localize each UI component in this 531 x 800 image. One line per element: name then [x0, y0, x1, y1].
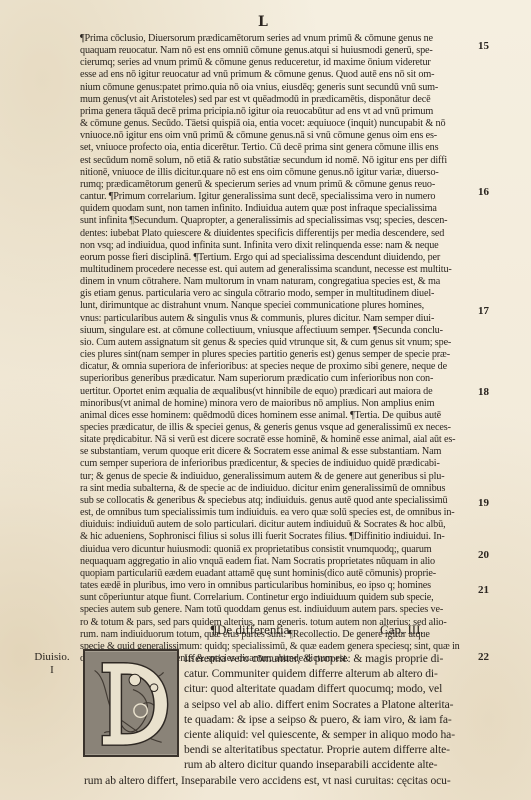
text-line: cies plures sint(nam semper in plures sp… [80, 349, 460, 361]
chapter-text-line: a seipso vel ab alio. differt enim Socra… [184, 697, 460, 712]
signature-letter: L [258, 14, 268, 30]
chapter-text-line: te quadam: & ipse a seipso & puero, & ia… [184, 712, 460, 727]
chapter-title-text: De differentia. [217, 622, 293, 637]
chapter-text-line: citur: quod alteritate quadam differt qu… [184, 681, 460, 696]
chapter-number: Cap. III. [380, 622, 424, 638]
text-line: nequaquam aggregatio in alio vnquā eadem… [80, 556, 460, 568]
text-line: siuum, singulare est. at cōmune collecti… [80, 325, 460, 337]
text-line: multitudinem procedere necesse est. qui … [80, 264, 460, 276]
text-line: minoribus(vt animal de homine) minora ve… [80, 398, 460, 410]
main-text-block: ¶Prima cōclusio, Diuersorum prædicamētor… [80, 33, 460, 665]
text-line: non vsq; ad indiuidua, quod infinita sun… [80, 240, 460, 252]
chapter-text-continuation: rum ab altero differt, Inseparabile vero… [84, 773, 464, 788]
text-line: lunt, dirimuntque ac distrahunt vnum. Na… [80, 300, 460, 312]
text-line: prima genera tāquā decē prima pricipia.n… [80, 106, 460, 118]
text-line: est secūdum nomē solum, nō etiā & ratio … [80, 155, 460, 167]
chapter-text-line: Ifferentia vero cōmuniter, & proprie: & … [184, 651, 460, 666]
text-line: diuiduis: indiuiduū autem de solo partic… [80, 519, 460, 531]
chapter-title: ¶De differentia. [210, 622, 293, 638]
chapter-heading: ¶De differentia. Cap. III. [0, 622, 531, 640]
text-line: cum semper superiora de inferioribus præ… [80, 458, 460, 470]
text-line: & cōmune genus. Secūdo. Tāetsi quispiā o… [80, 118, 460, 130]
chapter-text-line: bendi se alteritatibus spectatur. Propri… [184, 742, 460, 757]
margin-number: 15 [478, 40, 489, 52]
text-line: cierumq; series ad vnum primū & cōmune g… [80, 57, 460, 69]
text-line: & hic adueniens, Sophronisci filius si s… [80, 531, 460, 543]
text-line: dicatur, & omnia superiora de inferiorib… [80, 361, 460, 373]
chapter-text-line: ciente aliquid: vel quiescente, & semper… [184, 727, 460, 742]
scanned-book-page: L ¶Prima cōclusio, Diuersorum prædicamēt… [0, 0, 531, 800]
margin-section-numbers: 1516171819202122 [478, 0, 518, 800]
text-line: est, de omnibus tum specialissimis tum i… [80, 507, 460, 519]
text-line: gis etiam genus. particularia vero ac si… [80, 288, 460, 300]
text-line: nitionē, vniuoce de illis dicitur.quare … [80, 167, 460, 179]
pilcrow-icon: ¶ [210, 622, 217, 637]
side-note-label: Diuisio. [32, 651, 72, 664]
chapter-text-line: catur. Communiter quidem differre alteru… [184, 666, 460, 681]
margin-number: 17 [478, 305, 489, 317]
text-line: rumq; prædicamētorum generū & specierum … [80, 179, 460, 191]
text-line: quaquam reuocatur. Nam nō est ens omniū … [80, 45, 460, 57]
text-line: nium cōmune genus:patet primo.quia nō oi… [80, 82, 460, 94]
chapter-text-line: rum ab altero dicitur quando inseparabil… [184, 757, 460, 772]
margin-number: 20 [478, 549, 489, 561]
text-line: vniuoce.nō igitur ens oim vnū primū & cō… [80, 130, 460, 142]
margin-number: 16 [478, 186, 489, 198]
side-note-number: I [32, 664, 72, 677]
chapter-opening-text: Ifferentia vero cōmuniter, & proprie: & … [184, 651, 460, 773]
text-line: sitate prędicabitur. Nā si verū est dice… [80, 434, 460, 446]
text-line: dinem in vnum cōtrahere. Nam multorum in… [80, 276, 460, 288]
text-line: esse ad ens nō igitur reuocatur ad vnū p… [80, 69, 460, 81]
text-line: uertitur. Oportet enim æqualia de æquali… [80, 386, 460, 398]
text-line: sio. Cum autem assignatum sit genus & sp… [80, 337, 460, 349]
text-line: quidem quodam sunt, non tamen infinito. … [80, 203, 460, 215]
text-line: ra sint media subalterna, & de specie ac… [80, 483, 460, 495]
margin-number: 21 [478, 584, 489, 596]
text-line: set, vniuoce profecto oia, entia dicerēt… [80, 142, 460, 154]
text-line: se substantiam, verum quoque erit dicere… [80, 446, 460, 458]
text-line: ¶Prima cōclusio, Diuersorum prædicamētor… [80, 33, 460, 45]
text-line: superioribus generibus prædicatur. Nam s… [80, 373, 460, 385]
text-line: sunt infinita ¶Secundum. Quapropter, a g… [80, 215, 460, 227]
text-line: mum genus(vt ait Aristoteles) sed par es… [80, 94, 460, 106]
margin-side-note: Diuisio. I [32, 651, 72, 677]
text-line: tur; & genus de specie & indiuiduo, gene… [80, 471, 460, 483]
text-line: animal dices esse hominem: quēdmodū dice… [80, 410, 460, 422]
text-line: quopiam particulariū eædem euadant attam… [80, 568, 460, 580]
margin-number: 22 [478, 651, 489, 663]
margin-number: 18 [478, 386, 489, 398]
text-line: eorum posse fieri disciplinā. ¶Tertium. … [80, 252, 460, 264]
text-line: species autem sub genere. Nam totū quodd… [80, 604, 460, 616]
text-line: vnus: particularibus autem & singulis vn… [80, 313, 460, 325]
text-line: sub se collocatis & generibus & speciebu… [80, 495, 460, 507]
text-line: dentes: iubebat Plato quiescere & diuide… [80, 228, 460, 240]
text-line: sunt cōperiuntur atque fiunt. Correlariu… [80, 592, 460, 604]
margin-number: 19 [478, 497, 489, 509]
text-line: diuidua vero dicuntur huiusmodi: quoniā … [80, 544, 460, 556]
text-line: species prædicatur, de illis & speciei g… [80, 422, 460, 434]
text-line: tates eædē in pluribus, imo vero in omni… [80, 580, 460, 592]
text-line: cantur. ¶Primum correlarium. Igitur gene… [80, 191, 460, 203]
decorated-initial-icon [83, 649, 179, 757]
